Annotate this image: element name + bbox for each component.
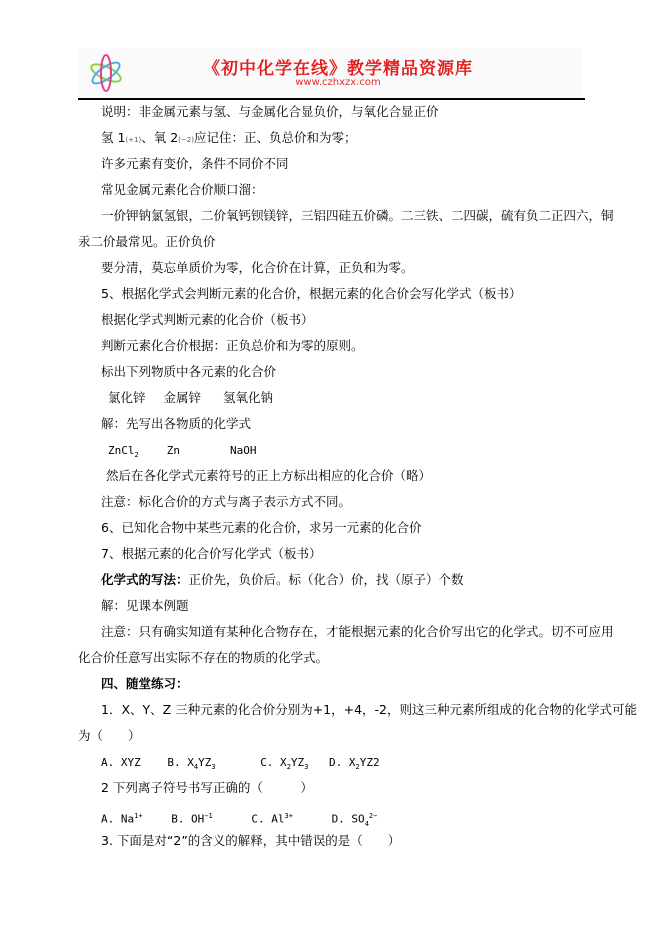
text-line: 然后在各化学式元素符号的正上方标出相应的化合价（略） (106, 468, 431, 484)
header-title: 《初中化学在线》教学精品资源库 (148, 54, 528, 79)
question-2: 2 下列离子符号书写正确的（ ） (101, 780, 313, 796)
text-line: 判断元素化合价根据：正负总价和为零的原则。 (101, 338, 364, 354)
formula-list: ZnCl2ZnNaOH (108, 443, 256, 463)
question-1-cont: 为（ ） (78, 728, 141, 744)
text-line: 注意：只有确实知道有某种化合物存在，才能根据元素的化合价写出它的化学式。切不可应… (101, 624, 614, 640)
text-line: 氢 1(+1)、氧 2(−2)应记住：正、负总价和为零； (101, 130, 356, 148)
text-line: 注意：标化合价的方式与离子表示方式不同。 (101, 494, 351, 510)
header-url[interactable]: www.czhxzx.com (148, 77, 528, 88)
text-line: 解：先写出各物质的化学式 (101, 416, 251, 432)
text-line: 汞二价最常见。正价负价 (78, 234, 216, 250)
question-1-options: A. XYZ B. X4YZ3 C. X2YZ3 D. X2YZ2 (101, 755, 380, 775)
question-2-options: A. Na1+ B. OH−1 C. Al3+ D. SO42− (101, 808, 377, 832)
text-line: 要分清，莫忘单质价为零，化合价在计算，正负和为零。 (101, 260, 414, 276)
text-line: 化学式的写法：正价先，负价后。标（化合）价，找（原子）个数 (101, 572, 464, 588)
text-line: 化合价任意写出实际不存在的物质的化学式。 (78, 650, 328, 666)
page-header: 《初中化学在线》教学精品资源库 www.czhxzx.com (78, 48, 583, 98)
text-line: 说明：非金属元素与氢、与金属化合显负价，与氧化合显正价 (101, 104, 439, 120)
text-line: 许多元素有变价，条件不同价不同 (101, 156, 289, 172)
text-line: 6、已知化合物中某些元素的化合价，求另一元素的化合价 (101, 520, 421, 536)
text-line: 一价钾钠氯氢银，二价氧钙钡镁锌，三铝四硅五价磷。二三铁、二四碳，硫有负二正四六，… (101, 208, 614, 224)
text-line: 7、根据元素的化合价写化学式（板书） (101, 546, 321, 562)
section-heading: 四、随堂练习： (101, 676, 189, 692)
text-line: 常见金属元素化合价顺口溜： (101, 182, 264, 198)
question-3: 3. 下面是对“2”的含义的解释，其中错误的是（ ） (101, 833, 400, 849)
text-line: 5、根据化学式会判断元素的化合价，根据元素的化合价会写化学式（板书） (101, 286, 521, 302)
text-line: 根据化学式判断元素的化合价（板书） (101, 312, 314, 328)
header-divider (78, 98, 585, 100)
substance-list: 氯化锌金属锌氢氧化钠 (108, 390, 273, 406)
question-1: 1．X、Y、Z 三种元素的化合价分别为+1，+4，-2，则这三种元素所组成的化合… (101, 702, 637, 718)
atom-logo-icon (86, 52, 126, 94)
text-line: 标出下列物质中各元素的化合价 (101, 364, 276, 380)
text-line: 解：见课本例题 (101, 598, 189, 614)
